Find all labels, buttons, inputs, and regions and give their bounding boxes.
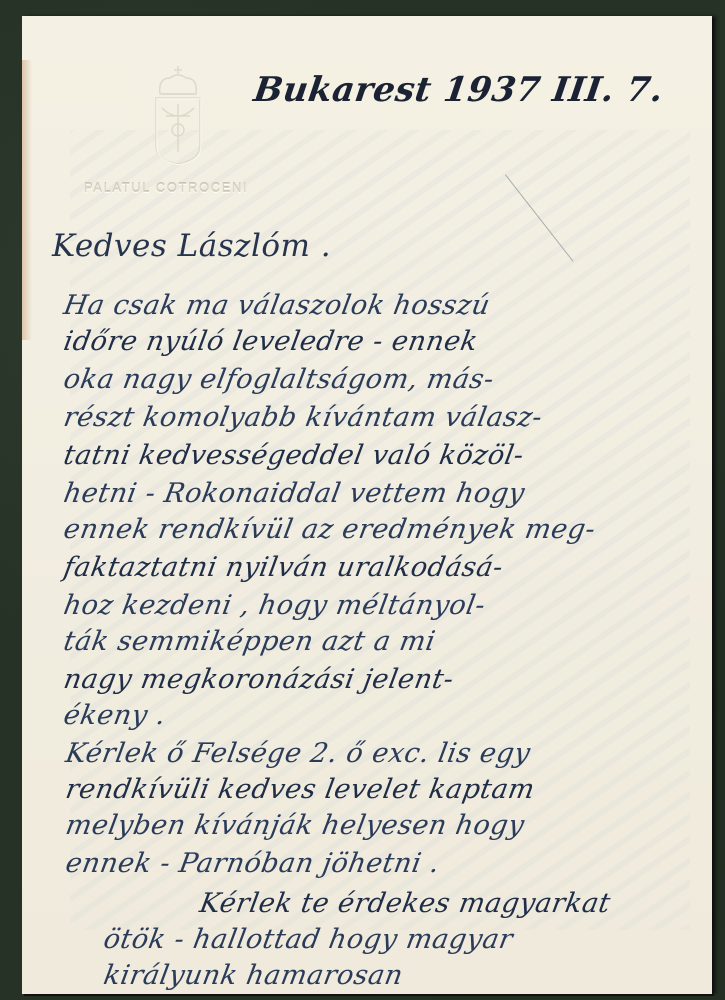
handwritten-line: nagy megkoronázási jelent- [61, 664, 456, 695]
handwritten-line: ötök - hallottad hogy magyar [101, 924, 515, 955]
handwritten-line: Kérlek ő Felsége 2. ő exc. lis egy [63, 738, 533, 769]
date-line: Bukarest 1937 III. 7. [251, 70, 666, 110]
handwritten-line: rendkívüli kedves levelet kaptam [63, 774, 537, 805]
handwritten-line: királyunk hamarosan [101, 960, 405, 991]
handwritten-line: ták semmiképpen azt a mi [61, 626, 438, 657]
letterhead-text: PALATUL COTROCENI [84, 180, 248, 195]
handwritten-line: hoz kezdeni , hogy méltányol- [61, 590, 488, 621]
handwritten-line: részt komolyabb kívántam válasz- [61, 402, 545, 433]
handwritten-line: Ha csak ma válaszolok hosszú [61, 290, 492, 321]
greeting: Kedves Lászlóm . [52, 228, 331, 264]
handwritten-line: faktaztatni nyilván uralkodásá- [61, 552, 505, 583]
handwritten-line: melyben kívánják helyesen hogy [63, 810, 527, 841]
handwritten-line: Kérlek te érdekes magyarkat [197, 888, 613, 919]
handwritten-line: oka nagy elfoglaltságom, más- [61, 364, 496, 395]
handwritten-line: hetni - Rokonaiddal vettem hogy [61, 478, 527, 509]
handwritten-line: ékeny . [61, 700, 168, 731]
handwritten-line: ennek rendkívül az eredmények meg- [61, 514, 598, 545]
handwritten-line: időre nyúló leveledre - ennek [61, 326, 480, 357]
handwritten-line: ennek - Parnóban jöhetni . [63, 848, 442, 879]
paper-stain [22, 60, 32, 340]
coat-of-arms-icon [152, 64, 204, 166]
handwritten-line: tatni kedvességeddel való közöl- [61, 440, 526, 471]
